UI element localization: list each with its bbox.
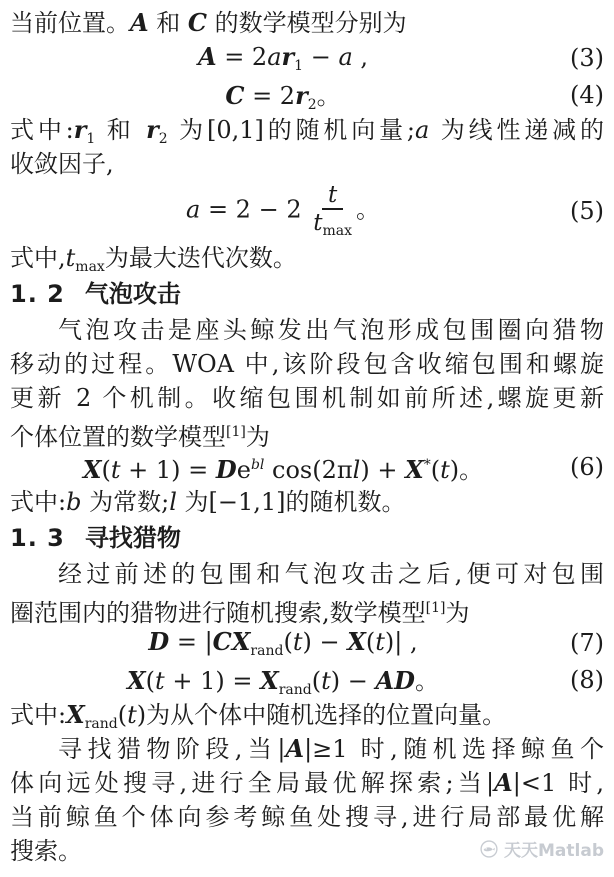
equation: a = 2 − 2 ttmax。(5) — [10, 181, 604, 241]
text-segment: AD — [376, 666, 415, 695]
text-segment: ( — [283, 628, 292, 656]
text-segment: a — [415, 116, 429, 144]
text-segment: ( — [102, 456, 111, 484]
text-segment: 式中: — [10, 116, 74, 144]
text-segment: C — [188, 8, 207, 37]
text-segment: CX — [213, 627, 251, 656]
text-segment: 搜索。 — [10, 837, 82, 865]
paragraph-line: 式中,tmax为最大迭代次数。 — [10, 241, 604, 275]
document-page: { "document": { "language": "zh-CN", "ba… — [0, 0, 614, 877]
equation-body: X(t + 1) = Xrand(t) − AD。 — [10, 661, 556, 698]
paragraph-line: 经过前述的包围和气泡攻击之后,便可对包围 — [10, 557, 604, 591]
text-segment: ( — [431, 456, 440, 484]
text-segment: 。 — [317, 82, 341, 110]
text-segment: ) − — [302, 628, 347, 656]
equation-number: (7) — [556, 629, 604, 657]
text-segment: D — [148, 627, 169, 656]
paragraph-line: 当前鲸鱼个体向参考鲸鱼处搜寻,进行局部最优解 — [10, 800, 604, 834]
text-segment: t — [155, 667, 165, 695]
section-number: 1. 3 — [10, 524, 65, 552]
text-segment: rand — [279, 682, 312, 698]
text-segment: 当前鲸鱼个体向参考鲸鱼处搜寻,进行局部最优解 — [10, 803, 604, 831]
section-heading: 1. 3寻找猎物 — [10, 519, 604, 557]
equation-body: a = 2 − 2 ttmax。 — [10, 183, 556, 239]
text-segment: ( — [312, 667, 321, 695]
text-segment: t — [328, 182, 337, 208]
text-segment: e — [237, 456, 251, 484]
text-segment: 。 — [415, 667, 439, 695]
equation-number: (3) — [556, 44, 604, 72]
text-segment: C — [225, 81, 244, 110]
text-segment: 圈范围内的猎物进行随机搜索,数学模型 — [10, 599, 426, 627]
text-segment: 为[0,1]的随机向量; — [168, 116, 415, 144]
text-segment: t — [440, 456, 450, 484]
fraction: ttmax — [313, 183, 352, 239]
equation-body: D = |CXrand(t) − X(t)| , — [10, 627, 556, 659]
text-segment: t — [375, 628, 385, 656]
text-segment: A — [198, 42, 217, 71]
text-segment: 更新 2 个机制。收缩包围机制如前所述,螺旋更新 — [10, 384, 604, 412]
text-segment: a — [267, 43, 281, 71]
text-segment: 收敛因子, — [10, 150, 114, 178]
text-segment: A — [494, 768, 513, 797]
equation: X(t + 1) = Debl cos(2πl) + X*(t)。(6) — [10, 449, 604, 485]
equation-number: (8) — [556, 666, 604, 694]
equation: C = 2r2。(4) — [10, 76, 604, 113]
text-segment: t — [66, 244, 76, 272]
text-segment: A — [285, 734, 304, 763]
text-segment: |≥1 时,随机选择鲸鱼个 — [304, 735, 604, 763]
article-body: 当前位置。A 和 C 的数学模型分别为A = 2ar1 − a ,(3)C = … — [0, 0, 614, 868]
paragraph-line: 更新 2 个机制。收缩包围机制如前所述,螺旋更新 — [10, 381, 604, 415]
equation: X(t + 1) = Xrand(t) − AD。(8) — [10, 661, 604, 698]
text-segment: bl — [251, 457, 264, 473]
paragraph-line: 寻找猎物阶段,当|A|≥1 时,随机选择鲸鱼个 — [10, 732, 604, 766]
text-segment: ( — [118, 701, 127, 729]
section-number: 1. 2 — [10, 280, 65, 308]
text-segment: 经过前述的包围和气泡攻击之后,便可对包围 — [58, 560, 604, 588]
paragraph-line: 式中:Xrand(t)为从个体中随机选择的位置向量。 — [10, 698, 604, 732]
text-segment: 个体位置的数学模型 — [10, 423, 226, 451]
text-segment: 为 — [246, 423, 270, 451]
text-segment: ( — [366, 628, 375, 656]
text-segment: 为[−1,1]的随机数。 — [177, 488, 406, 516]
text-segment: rand — [250, 643, 283, 659]
paragraph-line: 气泡攻击是座头鲸发出气泡形成包围圈向猎物 — [10, 313, 604, 347]
text-segment: 为线性递减的 — [429, 116, 604, 144]
text-segment: 气泡攻击是座头鲸发出气泡形成包围圈向猎物 — [58, 316, 604, 344]
text-segment: r — [146, 115, 159, 144]
equation-body: A = 2ar1 − a , — [10, 42, 556, 74]
paragraph-line: 式中:r1 和 r2 为[0,1]的随机向量;a 为线性递减的 — [10, 113, 604, 147]
text-segment: 1 — [294, 58, 303, 74]
text-segment: a — [186, 195, 200, 223]
equation-number: (5) — [556, 197, 604, 225]
text-segment: + 1) = — [165, 667, 260, 695]
text-segment: [1] — [226, 424, 246, 440]
text-segment: 为最大迭代次数。 — [105, 244, 297, 272]
text-segment: = 2 — [244, 82, 295, 110]
text-segment: )为从个体中随机选择的位置向量。 — [137, 701, 506, 729]
text-segment: [1] — [426, 600, 446, 616]
text-segment: D — [216, 455, 237, 484]
paragraph-line: 移动的过程。WOA 中,该阶段包含收缩包围和螺旋 — [10, 347, 604, 381]
text-segment: r — [295, 81, 308, 110]
text-segment: 式中: — [10, 488, 66, 516]
text-segment: )| , — [385, 628, 418, 656]
text-segment: X — [127, 666, 146, 695]
text-segment: t — [127, 701, 137, 729]
whale-logo-icon — [479, 839, 499, 859]
text-segment: 1 — [86, 131, 95, 147]
section-title: 寻找猎物 — [85, 524, 181, 552]
text-segment: max — [75, 259, 105, 275]
text-segment: cos(2π — [264, 456, 352, 484]
text-segment: 和 — [149, 9, 188, 37]
text-segment: − — [303, 43, 338, 71]
paragraph-line: 圈范围内的猎物进行随机搜索,数学模型[1]为 — [10, 591, 604, 625]
text-segment: 寻找猎物阶段,当| — [58, 735, 285, 763]
text-segment: 为常数; — [81, 488, 169, 516]
text-segment: a — [338, 43, 352, 71]
text-segment: , — [353, 43, 368, 71]
equation: D = |CXrand(t) − X(t)| ,(7) — [10, 625, 604, 661]
text-segment: max — [322, 223, 352, 239]
text-segment: 。 — [356, 195, 380, 223]
equation-body: X(t + 1) = Debl cos(2πl) + X*(t)。 — [10, 450, 556, 485]
text-segment: 当前位置。 — [10, 9, 130, 37]
watermark-label: 天天Matlab — [504, 836, 604, 861]
text-segment: X — [260, 666, 279, 695]
text-segment: X — [347, 627, 366, 656]
text-segment: r — [282, 42, 295, 71]
paragraph-line: 式中:b 为常数;l 为[−1,1]的随机数。 — [10, 485, 604, 519]
fraction-numerator: t — [322, 183, 343, 210]
text-segment: * — [424, 457, 431, 473]
section-title: 气泡攻击 — [85, 280, 181, 308]
text-segment: 移动的过程。WOA 中,该阶段包含收缩包围和螺旋 — [10, 350, 604, 378]
paragraph-line: 体向远处搜寻,进行全局最优解探索;当|A|<1 时, — [10, 766, 604, 800]
text-segment: l — [169, 488, 177, 516]
text-segment: 式中: — [10, 701, 66, 729]
text-segment: |<1 时, — [513, 769, 604, 797]
paragraph-line: 收敛因子, — [10, 147, 604, 181]
equation-number: (4) — [556, 81, 604, 109]
text-segment: b — [66, 488, 81, 516]
text-segment: r — [74, 115, 87, 144]
watermark: 天天Matlab — [479, 836, 604, 861]
text-segment: X — [66, 700, 85, 729]
text-segment: ) + — [360, 456, 405, 484]
text-segment: ) − — [331, 667, 376, 695]
text-segment: 2 — [308, 97, 317, 113]
text-segment: A — [130, 8, 149, 37]
equation-body: C = 2r2。 — [10, 76, 556, 113]
text-segment: = 2 − 2 — [200, 195, 309, 223]
equation: A = 2ar1 − a ,(3) — [10, 40, 604, 76]
text-segment: = 2 — [217, 43, 268, 71]
fraction-denominator: tmax — [313, 210, 352, 239]
text-segment: 的数学模型分别为 — [207, 9, 407, 37]
text-segment: 体向远处搜寻,进行全局最优解探索;当| — [10, 769, 494, 797]
text-segment: 2 — [159, 131, 168, 147]
text-segment: 和 — [95, 116, 146, 144]
text-segment: X — [83, 455, 102, 484]
text-segment: rand — [85, 716, 118, 732]
text-segment: X — [405, 455, 424, 484]
text-segment: t — [111, 456, 121, 484]
text-segment: 式中, — [10, 244, 66, 272]
text-segment: + 1) = — [121, 456, 216, 484]
text-segment: )。 — [450, 456, 483, 484]
text-segment: 为 — [445, 599, 469, 627]
equation-number: (6) — [556, 453, 604, 481]
text-segment: ( — [146, 667, 155, 695]
text-segment: t — [321, 667, 331, 695]
paragraph-line: 个体位置的数学模型[1]为 — [10, 415, 604, 449]
paragraph-line: 当前位置。A 和 C 的数学模型分别为 — [10, 6, 604, 40]
text-segment: = | — [169, 628, 212, 656]
section-heading: 1. 2气泡攻击 — [10, 275, 604, 313]
